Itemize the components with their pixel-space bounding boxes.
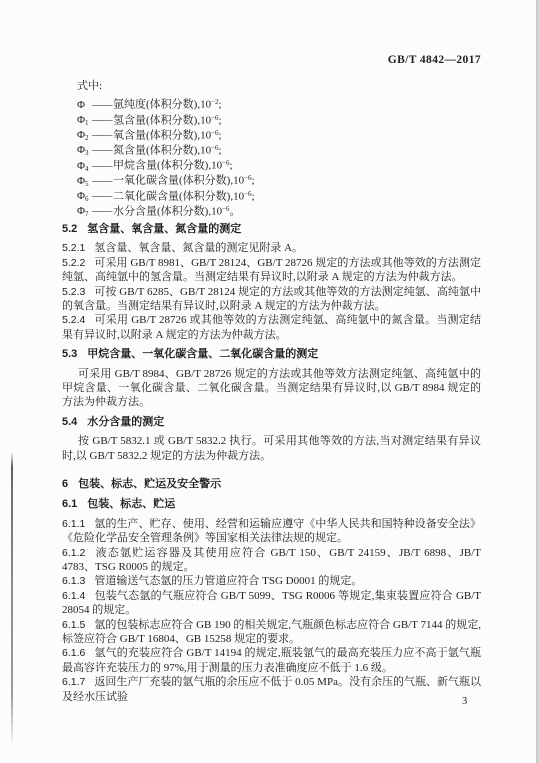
clause-text: 管道输送气态氩的压力管道应符合 TSG D0001 的规定。 <box>94 575 362 587</box>
symbol-subscript: 2 <box>85 134 89 142</box>
clause-text: 包装气态氩的气瓶应符合 GB/T 5099、TSG R0006 等规定,集束装置… <box>62 590 481 616</box>
symbol-subscript: 6 <box>85 195 89 203</box>
document-body: 式中: Φ —— 氩纯度(体积分数),10−2; Φ1 —— 氢含量(体积分数)… <box>62 79 481 704</box>
symbol-row: Φ —— 氩纯度(体积分数),10−2; <box>77 95 481 110</box>
where-label: 式中: <box>62 79 481 93</box>
exponent: −6 <box>222 205 229 213</box>
section-heading-5-3: 5.3甲烷含量、一氧化碳含量、二氧化碳含量的测定 <box>62 347 481 361</box>
symbol-dash: —— <box>92 143 111 157</box>
symbol-phi: Φ7 <box>77 204 92 221</box>
clause-6-1-2: 6.1.2液态氩贮运容器及其使用应符合 GB/T 150、GB/T 24159、… <box>62 546 481 575</box>
clause-number: 6.1.7 <box>62 676 94 688</box>
symbol-dash: —— <box>92 98 111 112</box>
clause-6-1-6: 6.1.6氩气的充装应符合 GB/T 14194 的规定,瓶装氩气的最高充装压力… <box>62 646 481 675</box>
section-heading-5-2: 5.2氢含量、氧含量、氮含量的测定 <box>62 222 481 236</box>
symbol-subscript: 1 <box>85 119 89 127</box>
clause-number: 6.1.3 <box>62 575 94 587</box>
clause-5-2-4: 5.2.4可采用 GB/T 28726 或其他等效的方法测定纯氩、高纯氩中的氮含… <box>62 313 481 342</box>
symbol-subscript: 5 <box>85 180 89 188</box>
symbol-row: Φ3 —— 氮含量(体积分数),10−6; <box>77 141 481 156</box>
heading-title: 包装、标志、贮运及安全警示 <box>78 478 221 490</box>
clause-5-2-1: 5.2.1氢含量、氧含量、氮含量的测定见附录 A。 <box>62 241 481 255</box>
heading-number: 5.3 <box>62 348 87 360</box>
paragraph-5-4: 按 GB/T 5832.1 或 GB/T 5832.2 执行。可采用其他等效的方… <box>62 434 481 463</box>
clause-5-2-3: 5.2.3可按 GB/T 6285、GB/T 28124 规定的方法或其他等效的… <box>62 285 481 314</box>
clause-number: 5.2.4 <box>62 314 94 326</box>
symbol-row: Φ5 —— 一氧化碳含量(体积分数),10−6; <box>77 171 481 186</box>
symbol-definition: 水分含量(体积分数),10−6。 <box>113 202 241 219</box>
heading-title: 水分含量的测定 <box>87 416 164 428</box>
symbol-row: Φ2 —— 氧含量(体积分数),10−6; <box>77 126 481 141</box>
symbol-row: Φ6 —— 二氧化碳含量(体积分数),10−6; <box>77 187 481 202</box>
heading-number: 5.2 <box>62 223 87 235</box>
symbol-row: Φ7 —— 水分含量(体积分数),10−6。 <box>77 202 481 217</box>
clause-text: 返回生产厂充装的氩气瓶的余压应不低于 0.05 MPa。没有余压的气瓶、新气瓶以… <box>62 676 481 702</box>
standard-code-header: GB/T 4842—2017 <box>0 54 481 66</box>
clause-5-2-2: 5.2.2可采用 GB/T 8981、GB/T 28124、GB/T 28726… <box>62 256 481 285</box>
clause-6-1-1: 6.1.1氩的生产、贮存、使用、经营和运输应遵守《中华人民共和国特种设备安全法》… <box>62 517 481 546</box>
section-heading-6-1: 6.1包装、标志、贮运 <box>62 497 481 511</box>
symbol-subscript: 4 <box>85 165 89 173</box>
clause-text: 氢含量、氧含量、氮含量的测定见附录 A。 <box>94 242 303 254</box>
symbol-dash: —— <box>92 174 111 188</box>
heading-title: 氢含量、氧含量、氮含量的测定 <box>87 223 241 235</box>
clause-number: 6.1.5 <box>62 619 94 631</box>
clause-6-1-4: 6.1.4包装气态氩的气瓶应符合 GB/T 5099、TSG R0006 等规定… <box>62 589 481 618</box>
symbol-row: Φ1 —— 氢含量(体积分数),10−6; <box>77 111 481 126</box>
page-edge-shadow <box>536 0 540 763</box>
symbol-dash: —— <box>92 128 111 142</box>
clause-number: 6.1.2 <box>62 547 94 559</box>
exponent: −6 <box>211 114 218 122</box>
page-number: 3 <box>462 696 467 707</box>
exponent: −6 <box>244 190 251 198</box>
clause-6-1-3: 6.1.3管道输送气态氩的压力管道应符合 TSG D0001 的规定。 <box>62 574 481 588</box>
heading-number: 5.4 <box>62 416 87 428</box>
exponent: −6 <box>244 174 251 182</box>
clause-number: 6.1.6 <box>62 647 94 659</box>
clause-text: 可采用 GB/T 28726 或其他等效的方法测定纯氩、高纯氩中的氮含量。当测定… <box>62 314 481 340</box>
paragraph-5-3: 可采用 GB/T 8984、GB/T 28726 规定的方法或其他等效方法测定纯… <box>62 367 481 410</box>
clause-6-1-7: 6.1.7返回生产厂充装的氩气瓶的余压应不低于 0.05 MPa。没有余压的气瓶… <box>62 675 481 704</box>
clause-number: 6.1.4 <box>62 590 94 602</box>
symbol-dash: —— <box>92 113 111 127</box>
scan-binding-line <box>11 452 13 748</box>
heading-title: 包装、标志、贮运 <box>87 498 175 510</box>
chapter-heading-6: 6包装、标志、贮运及安全警示 <box>62 477 481 491</box>
symbol-subscript: 7 <box>85 210 89 218</box>
heading-number: 6 <box>62 478 78 490</box>
exponent: −6 <box>211 129 218 137</box>
clause-text: 氩气的充装应符合 GB/T 14194 的规定,瓶装氩气的最高充装压力应不高于氩… <box>62 647 481 673</box>
heading-number: 6.1 <box>62 498 87 510</box>
scanned-document-page: GB/T 4842—2017 式中: Φ —— 氩纯度(体积分数),10−2; … <box>0 0 540 763</box>
clause-number: 5.2.1 <box>62 242 94 254</box>
symbol-dash: —— <box>92 189 111 203</box>
exponent: −6 <box>211 144 218 152</box>
clause-number: 5.2.3 <box>62 286 94 298</box>
clause-text: 氩的生产、贮存、使用、经营和运输应遵守《中华人民共和国特种设备安全法》《危险化学… <box>62 518 481 544</box>
clause-text: 可采用 GB/T 8981、GB/T 28124、GB/T 28726 规定的方… <box>62 257 481 283</box>
exponent: −6 <box>222 159 229 167</box>
symbol-dash: —— <box>92 204 111 218</box>
clause-number: 6.1.1 <box>62 518 94 530</box>
heading-title: 甲烷含量、一氧化碳含量、二氧化碳含量的测定 <box>87 348 318 360</box>
symbol-subscript: 3 <box>85 149 89 157</box>
section-heading-5-4: 5.4水分含量的测定 <box>62 415 481 429</box>
symbol-definition-list: Φ —— 氩纯度(体积分数),10−2; Φ1 —— 氢含量(体积分数),10−… <box>62 95 481 217</box>
clause-number: 5.2.2 <box>62 257 94 269</box>
exponent: −2 <box>211 98 218 106</box>
clause-text: 可按 GB/T 6285、GB/T 28124 规定的方法或其他等效的方法测定纯… <box>62 286 481 312</box>
symbol-row: Φ4 —— 甲烷含量(体积分数),10−6; <box>77 156 481 171</box>
symbol-dash: —— <box>92 159 111 173</box>
clause-text: 氩的包装标志应符合 GB 190 的相关规定,气瓶颜色标志应符合 GB/T 71… <box>62 619 481 645</box>
clause-6-1-5: 6.1.5氩的包装标志应符合 GB 190 的相关规定,气瓶颜色标志应符合 GB… <box>62 618 481 647</box>
clause-text: 液态氩贮运容器及其使用应符合 GB/T 150、GB/T 24159、JB/T … <box>62 547 481 573</box>
